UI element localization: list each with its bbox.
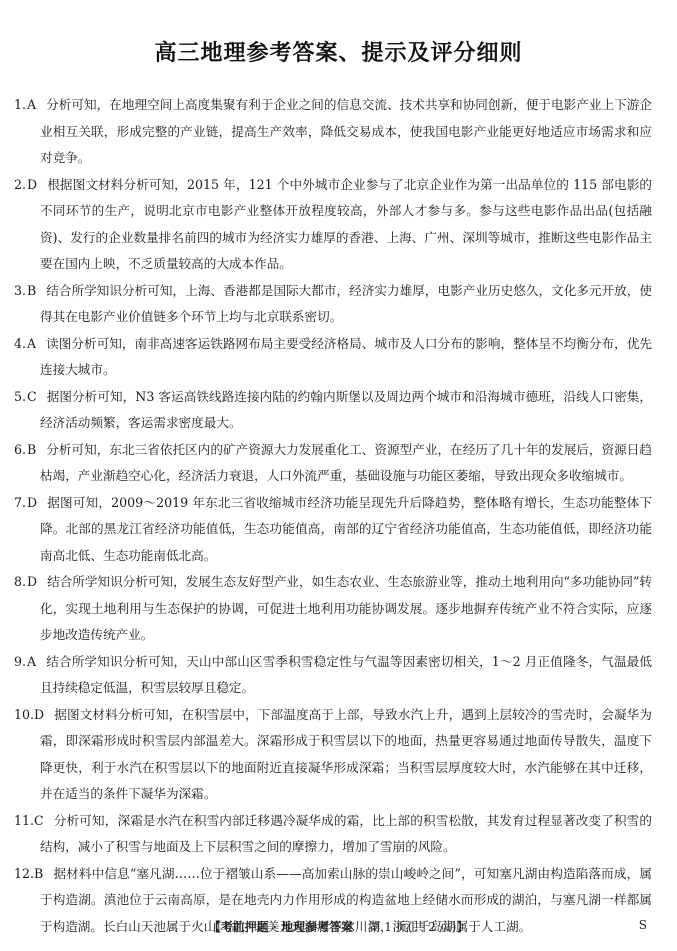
item-explanation: 分析可知，深霜是水汽在积雪内部迁移遇冷凝华成的霜，比上部的积雪松散，其发育过程显… xyxy=(40,813,652,855)
item-explanation: 据图分析可知，N3 客运高铁线路连接内陆的约翰内斯堡以及周边两个城市和沿海城市德… xyxy=(40,389,652,431)
item-explanation: 分析可知，东北三省依托区内的矿产资源大力发展重化工、资源型产业，在经历了几十年的… xyxy=(40,442,652,484)
footer-page-number: 第 1 页(共 2 页)】 xyxy=(368,920,468,934)
page-title: 高三地理参考答案、提示及评分细则 xyxy=(0,36,677,67)
item-number: 12. xyxy=(27,861,34,888)
item-number: 11. xyxy=(27,808,34,835)
answer-item-5: 5.C据图分析可知，N3 客运高铁线路连接内陆的约翰内斯堡以及周边两个城市和沿海… xyxy=(27,384,652,437)
item-explanation: 结合所学知识分析可知，上海、香港都是国际大都市，经济实力雄厚，电影产业历史悠久，… xyxy=(40,283,652,325)
item-answer: D xyxy=(27,574,37,589)
item-answer: A xyxy=(27,336,36,351)
item-number: 10. xyxy=(27,702,34,729)
answer-item-2: 2.D根据图文材料分析可知，2015 年，121 个中外城市企业参与了北京企业作… xyxy=(27,172,652,278)
item-explanation: 读图分析可知，南非高速客运铁路网布局主要受经济格局、城市及人口分布的影响，整体呈… xyxy=(40,336,652,378)
answer-item-4: 4.A读图分析可知，南非高速客运铁路网布局主要受经济格局、城市及人口分布的影响，… xyxy=(27,331,652,384)
item-explanation: 据图可知，2009～2019 年东北三省收缩城市经济功能呈现先升后降趋势，整体略… xyxy=(40,495,652,563)
answer-list: 1.A分析可知，在地理空间上高度集聚有利于企业之间的信息交流、技术共享和协同创新… xyxy=(27,92,652,940)
page-footer: 【考前押题 · 地理参考答案 第 1 页(共 2 页)】 S xyxy=(0,918,677,935)
item-explanation: 结合所学知识分析可知，发展生态友好型产业，如生态农业、生态旅游业等，推动土地利用… xyxy=(40,574,652,642)
answer-item-8: 8.D结合所学知识分析可知，发展生态友好型产业，如生态农业、生态旅游业等，推动土… xyxy=(27,569,652,649)
item-answer: C xyxy=(27,389,37,404)
answer-item-3: 3.B结合所学知识分析可知，上海、香港都是国际大都市，经济实力雄厚，电影产业历史… xyxy=(27,278,652,331)
item-answer: D xyxy=(34,707,44,722)
footer-title: 【考前押题 · 地理参考答案 xyxy=(209,920,354,934)
item-explanation: 根据图文材料分析可知，2015 年，121 个中外城市企业参与了北京企业作为第一… xyxy=(40,177,652,272)
item-answer: D xyxy=(27,495,37,510)
item-explanation: 分析可知，在地理空间上高度集聚有利于企业之间的信息交流、技术共享和协同创新，便于… xyxy=(40,97,652,165)
footer-page-id: S xyxy=(639,918,647,932)
item-answer: B xyxy=(27,283,36,298)
answer-item-6: 6.B分析可知，东北三省依托区内的矿产资源大力发展重化工、资源型产业，在经历了几… xyxy=(27,437,652,490)
item-answer: B xyxy=(34,866,43,881)
item-answer: A xyxy=(27,654,36,669)
answer-item-11: 11.C分析可知，深霜是水汽在积雪内部迁移遇冷凝华成的霜，比上部的积雪松散，其发… xyxy=(27,808,652,861)
item-answer: B xyxy=(27,442,36,457)
answer-item-9: 9.A结合所学知识分析可知，天山中部山区雪季积雪稳定性与气温等因素密切相关，1～… xyxy=(27,649,652,702)
item-answer: D xyxy=(27,177,37,192)
item-answer: C xyxy=(34,813,44,828)
answer-item-7: 7.D据图可知，2009～2019 年东北三省收缩城市经济功能呈现先升后降趋势，… xyxy=(27,490,652,570)
item-explanation: 结合所学知识分析可知，天山中部山区雪季积雪稳定性与气温等因素密切相关，1～2 月… xyxy=(40,654,652,696)
answer-item-1: 1.A分析可知，在地理空间上高度集聚有利于企业之间的信息交流、技术共享和协同创新… xyxy=(27,92,652,172)
item-explanation: 据图文材料分析可知，在积雪层中，下部温度高于上部，导致水汽上升，遇到上层较冷的雪… xyxy=(40,707,652,802)
item-answer: A xyxy=(27,97,36,112)
answer-item-10: 10.D据图文材料分析可知，在积雪层中，下部温度高于上部，导致水汽上升，遇到上层… xyxy=(27,702,652,808)
